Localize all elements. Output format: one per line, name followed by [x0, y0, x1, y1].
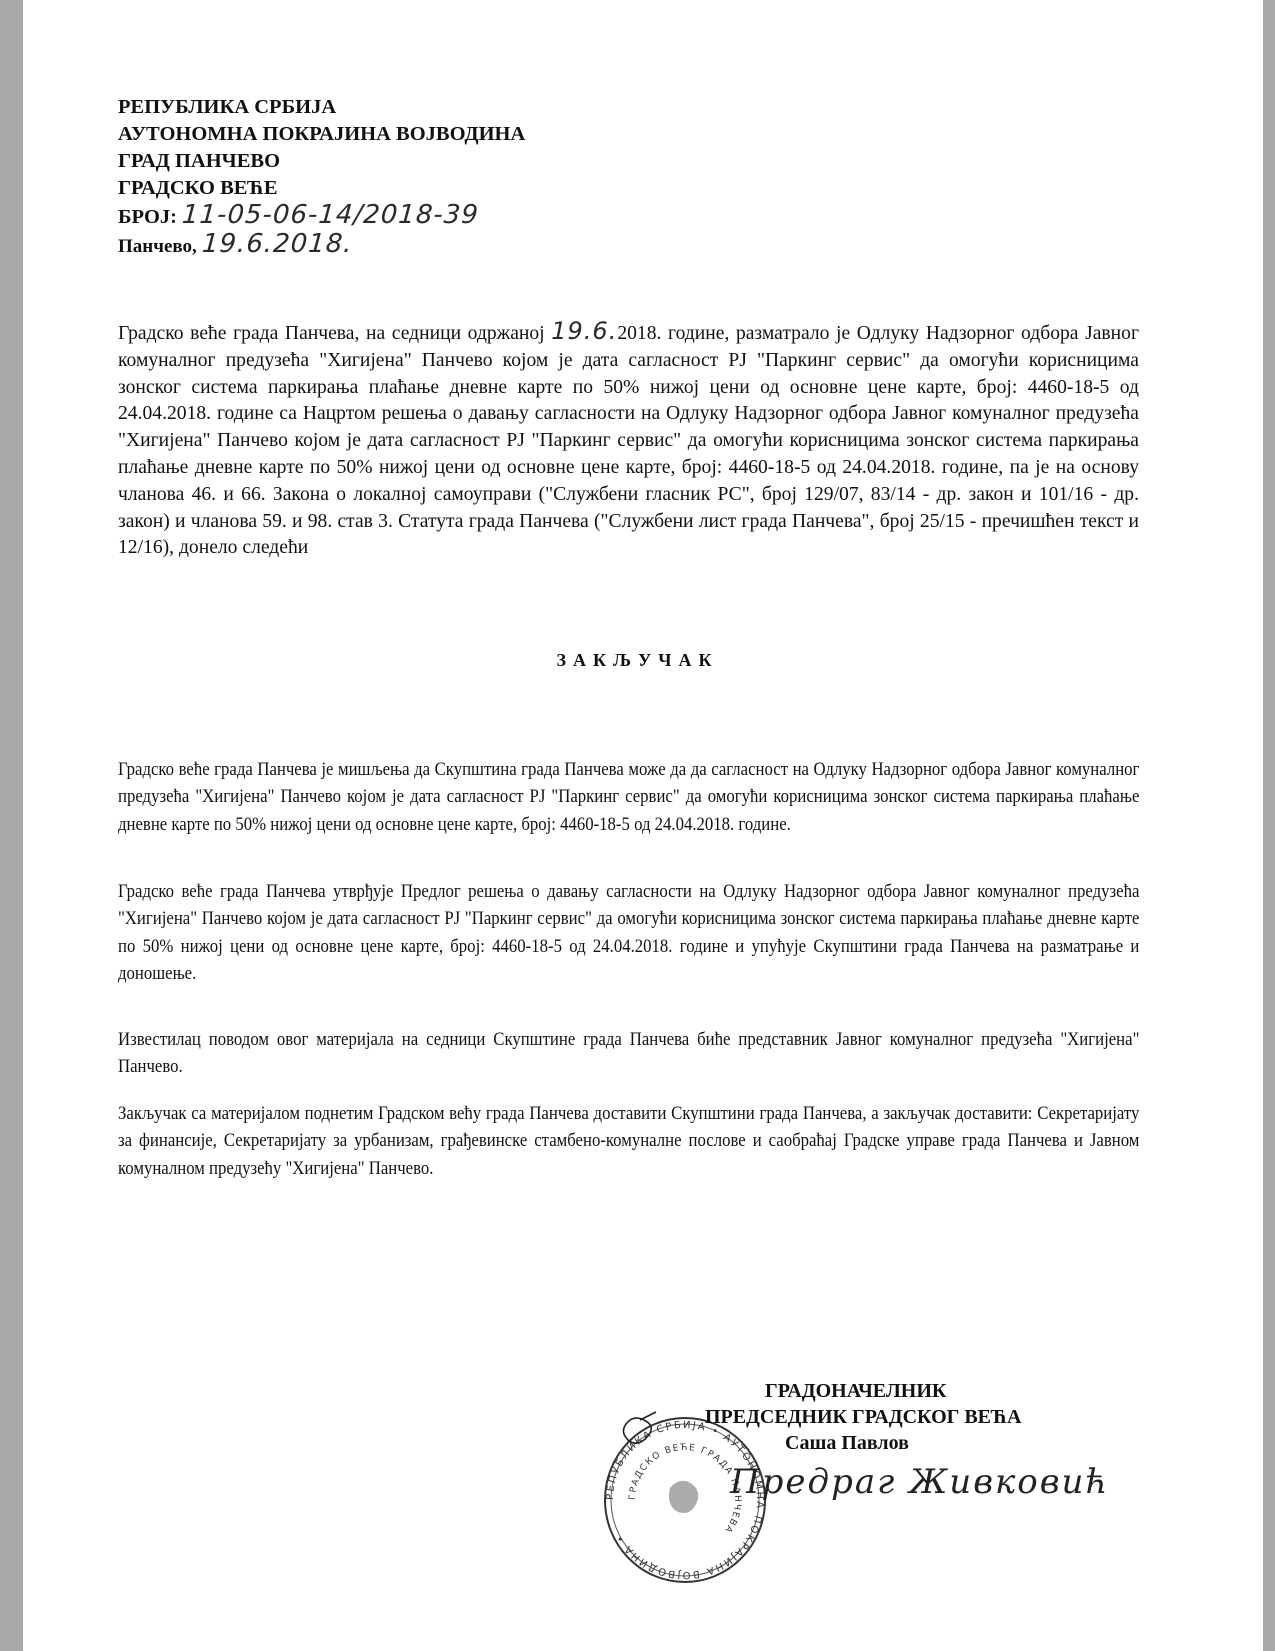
intro-paragraph: Градско веће града Панчева, на седници о…	[118, 318, 1139, 562]
conclusion-paragraph-2: Градско веће града Панчева утврђује Пред…	[118, 878, 1139, 988]
header-line-city: ГРАД ПАНЧЕВО	[118, 148, 525, 175]
document-title: ЗАКЉУЧАК	[0, 650, 1275, 671]
scan-edge-left	[0, 0, 23, 1651]
conclusion-paragraph-2-text: Градско веће града Панчева утврђује Пред…	[118, 878, 1139, 988]
place-label: Панчево,	[118, 236, 197, 257]
document-number-label: БРОЈ:	[118, 206, 177, 228]
header-line-province: АУТОНОМНА ПОКРАЈИНА ВОЈВОДИНА	[118, 121, 525, 148]
header-line-council: ГРАДСКО ВЕЋЕ	[118, 175, 525, 202]
signatory-role-mayor: ГРАДОНАЧЕЛНИК	[765, 1380, 946, 1403]
conclusion-paragraph-3-text: Известилац поводом овог материјала на се…	[118, 1026, 1139, 1081]
conclusion-paragraph-4-text: Закључак са материјалом поднетим Градско…	[118, 1100, 1139, 1182]
session-date-handwritten: 19.6.	[551, 317, 617, 345]
conclusion-paragraph-1: Градско веће града Панчева је мишљења да…	[118, 756, 1139, 838]
date-handwritten: 19.6.2018.	[201, 231, 353, 258]
signature-block: РЕПУБЛИКА СРБИЈА • АУТОНОМНА ПОКРАЈИНА В…	[600, 1380, 1100, 1630]
document-number-line: БРОЈ: 11-05-06-14/2018-39	[118, 202, 525, 231]
scan-edge-right	[1263, 0, 1275, 1651]
conclusion-paragraph-3: Известилац поводом овог материјала на се…	[118, 1026, 1139, 1081]
signatory-role-council-president: ПРЕДСЕДНИК ГРАДСКОГ ВЕЋА	[705, 1406, 1021, 1429]
intro-text-before-date: Градско веће града Панчева, на седници о…	[118, 323, 551, 344]
handwritten-signature: Предраг Живковић	[730, 1462, 1109, 1502]
signatory-name: Саша Павлов	[785, 1432, 909, 1455]
conclusion-paragraph-4: Закључак са материјалом поднетим Градско…	[118, 1100, 1139, 1182]
intro-text-after-date: 2018. године, разматрало је Одлуку Надзо…	[118, 323, 1139, 558]
place-date-line: Панчево, 19.6.2018.	[118, 231, 525, 260]
conclusion-paragraph-1-text: Градско веће града Панчева је мишљења да…	[118, 756, 1139, 838]
document-header: РЕПУБЛИКА СРБИЈА АУТОНОМНА ПОКРАЈИНА ВОЈ…	[118, 94, 525, 260]
document-number-handwritten: 11-05-06-14/2018-39	[181, 202, 480, 229]
header-line-republic: РЕПУБЛИКА СРБИЈА	[118, 94, 525, 121]
